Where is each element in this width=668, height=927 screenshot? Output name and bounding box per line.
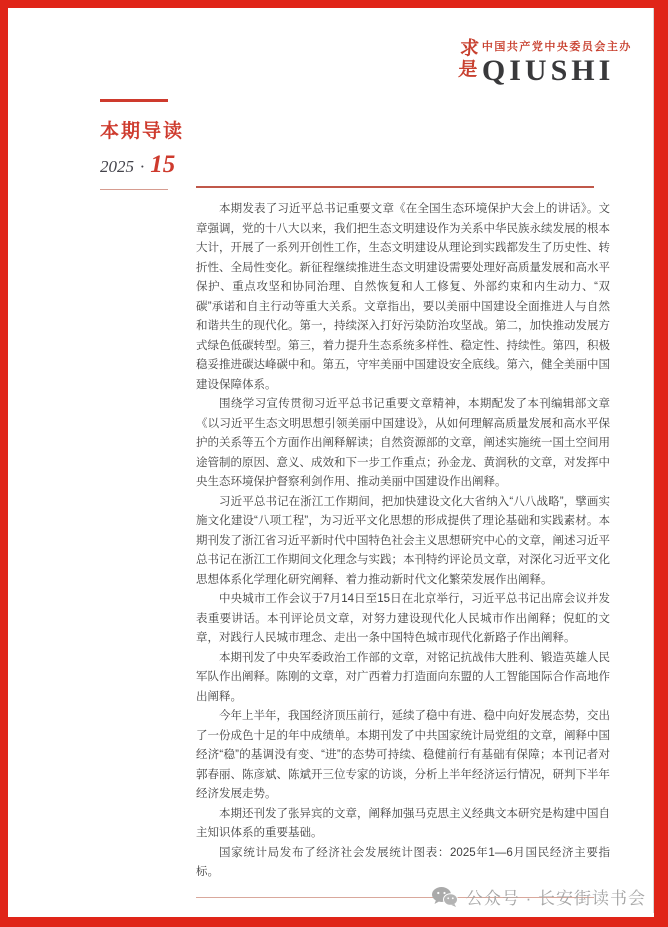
body-paragraph: 围绕学习宣传贯彻习近平总书记重要文章精神，本期配发了本刊编辑部文章《以习近平生态…	[196, 395, 610, 493]
issue-block: 本期导读 2025 · 15	[100, 99, 170, 190]
issue-number: 15	[150, 151, 175, 178]
body-paragraph: 本期还刊发了张异宾的文章，阐释加强马克思主义经典文本研究是构建中国自主知识体系的…	[196, 805, 610, 844]
frame-left-bar	[0, 0, 8, 927]
body-paragraph: 中央城市工作会议于7月14日至15日在北京举行，习近平总书记出席会议并发表重要讲…	[196, 590, 610, 649]
footer-wechat-credit: 公众号 · 长安街读书会	[431, 884, 646, 909]
body-paragraph: 本期发表了习近平总书记重要文章《在全国生态环境保护大会上的讲话》。文章强调，党的…	[196, 200, 610, 395]
frame-top-bar	[0, 0, 668, 8]
issue-number-row: 2025 · 15	[100, 151, 170, 179]
body-paragraph: 今年上半年，我国经济顶压前行，延续了稳中有进、稳中向好发展态势，交出了一份成色十…	[196, 707, 610, 805]
main-column: 本期发表了习近平总书记重要文章《在全国生态环境保护大会上的讲话》。文章强调，党的…	[196, 186, 610, 898]
qiushi-calligraphy-logo-icon: 求是	[453, 38, 477, 88]
issue-separator: ·	[140, 157, 144, 176]
footer-label: 公众号 · 长安街读书会	[466, 884, 646, 909]
issue-rule-top	[100, 99, 168, 102]
magazine-guide-page: 求是 中国共产党中央委员会主办 QIUSHI 本期导读 2025 · 15 本期…	[0, 0, 668, 927]
publisher-line: 中国共产党中央委员会主办	[482, 38, 632, 54]
body-paragraph: 习近平总书记在浙江工作期间，把加快建设文化大省纳入“八八战略”，擘画实施文化建设…	[196, 493, 610, 591]
issue-year: 2025	[100, 157, 134, 176]
masthead-text: 中国共产党中央委员会主办 QIUSHI	[482, 38, 632, 87]
body-paragraph: 本期刊发了中央军委政治工作部的文章，对铭记抗战伟大胜利、锻造英雄人民军队作出阐释…	[196, 649, 610, 708]
frame-bottom-bar	[0, 917, 668, 927]
body-paragraph: 国家统计局发布了经济社会发展统计图表：2025年1—6月国民经济主要指标。	[196, 844, 610, 883]
issue-rule-bottom	[100, 189, 168, 190]
masthead-latin-title: QIUSHI	[482, 55, 632, 87]
wechat-icon	[431, 886, 458, 908]
masthead: 求是 中国共产党中央委员会主办 QIUSHI	[455, 38, 632, 88]
column-rule-top	[196, 186, 594, 188]
guide-body-text: 本期发表了习近平总书记重要文章《在全国生态环境保护大会上的讲话》。文章强调，党的…	[196, 200, 610, 883]
section-title: 本期导读	[100, 116, 170, 143]
frame-right-bar	[654, 0, 668, 927]
